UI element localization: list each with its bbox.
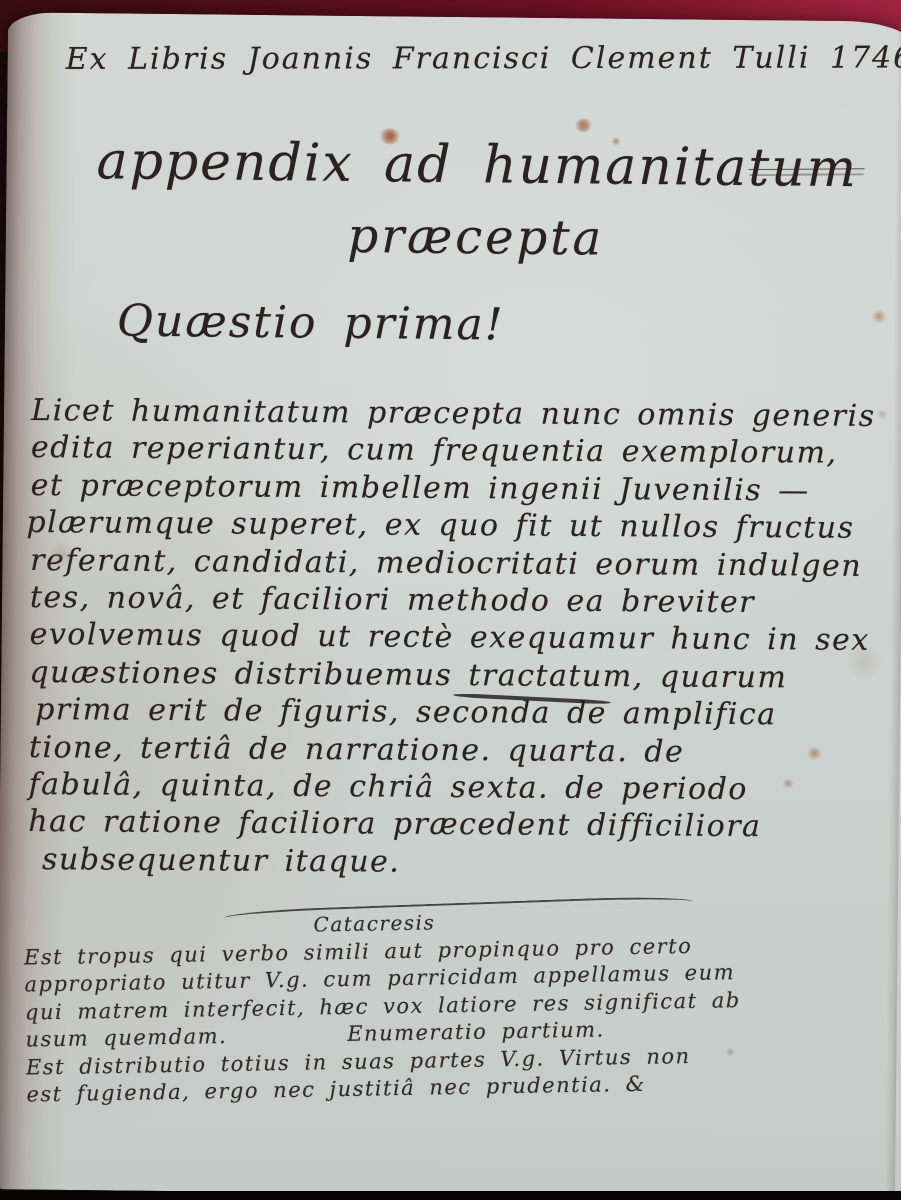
body-line: hac ratione faciliora præcedent difficil… <box>28 803 883 846</box>
page-title-line2: præcepta <box>96 205 857 269</box>
body-line: tione, tertiâ de narratione. quarta. de <box>29 729 884 772</box>
foxing-stain <box>575 118 592 132</box>
photo-bottom-edge <box>0 1191 901 1200</box>
notes-section: Catacresis Est tropus qui verbo simili a… <box>23 896 871 1109</box>
question-heading: Quæstio prima! <box>117 295 505 350</box>
note-line: usum quemdam. <box>25 1023 227 1054</box>
manuscript-photo: Ex Libris Joannis Francisci Clement Tull… <box>0 0 901 1200</box>
note-heading-enumeratio: Enumeratio partium. <box>347 1016 605 1048</box>
body-line: Licet humanitatum præcepta nunc omnis ge… <box>31 392 886 435</box>
body-line: prima erit de figuris, seconda de amplif… <box>35 691 884 734</box>
manuscript-page: Ex Libris Joannis Francisci Clement Tull… <box>0 12 901 1198</box>
ex-libris-inscription: Ex Libris Joannis Francisci Clement Tull… <box>66 40 886 76</box>
body-line: edita reperiantur, cum frequentia exempl… <box>31 429 886 472</box>
body-line: referant, candidati, mediocritati eorum … <box>30 542 885 585</box>
foxing-stain <box>871 309 887 323</box>
body-line: et præceptorum imbellem ingenii Juvenili… <box>31 467 886 510</box>
body-line: fabulâ, quinta, de chriâ sexta. de perio… <box>28 766 883 809</box>
body-line: tes, novâ, et faciliori methodo ea brevi… <box>30 579 885 622</box>
body-line: subsequentur itaque. <box>42 841 883 884</box>
manuscript-body: Licet humanitatum præcepta nunc omnis ge… <box>28 392 886 884</box>
page-title-line1: appendix ad humanitatum <box>96 131 857 199</box>
title-flourish-line <box>749 168 865 174</box>
body-line: evolvemus quod ut rectè exequamur hunc i… <box>30 616 885 659</box>
body-line: quæstiones distribuemus tractatum, quaru… <box>29 654 884 697</box>
body-line: plærumque superet, ex quo fit ut nullos … <box>26 504 885 547</box>
page-edge-shading <box>885 22 901 1199</box>
